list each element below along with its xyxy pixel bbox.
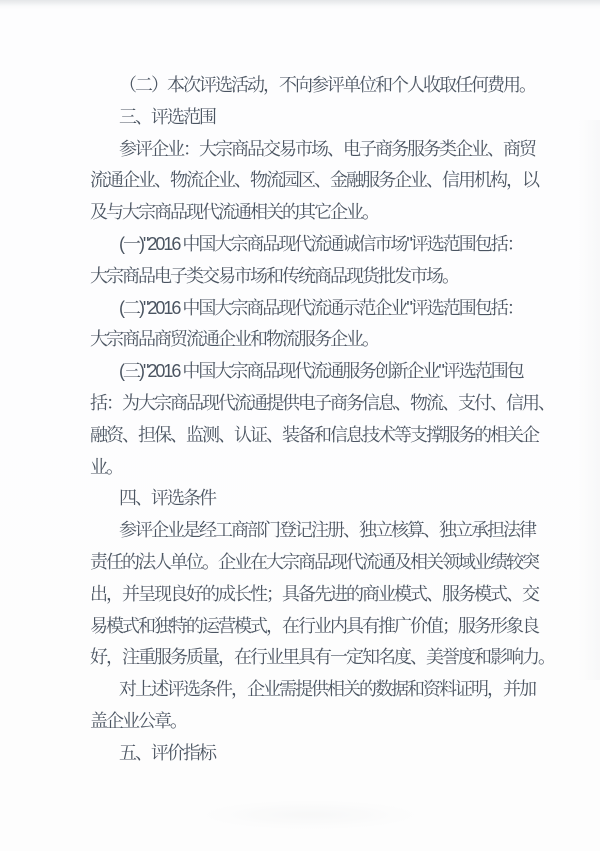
paragraph-line: (三)"2016 中国大宗商品现代流通服务创新企业"评选范围包 (90, 356, 560, 388)
section-heading-4: 四、评选条件 (90, 483, 560, 515)
paragraph-line: 好，注重服务质量，在行业里具有一定知名度、美誉度和影响力。 (90, 642, 560, 674)
paragraph-line: (一)"2016 中国大宗商品现代流通诚信市场"评选范围包括： (90, 229, 560, 261)
paragraph-line: 参评企业是经工商部门登记注册、独立核算、独立承担法律 (90, 515, 560, 547)
paragraph-line: 及与大宗商品现代流通相关的其它企业。 (90, 197, 560, 229)
scan-artifact-top-band (0, 0, 600, 6)
paragraph-line: 出，并呈现良好的成长性；具备先进的商业模式、服务模式、交 (90, 579, 560, 611)
paragraph-line: 大宗商品电子类交易市场和传统商品现货批发市场。 (90, 261, 560, 293)
section-heading-5: 五、评价指标 (90, 738, 560, 770)
paragraph-line: 对上述评选条件，企业需提供相关的数据和资料证明，并加 (90, 674, 560, 706)
scan-artifact-right-shade (578, 120, 600, 680)
paragraph-line: 易模式和独特的运营模式，在行业内具有推广价值；服务形象良 (90, 611, 560, 643)
paragraph-line: (二)"2016 中国大宗商品现代流通示范企业"评选范围包括： (90, 293, 560, 325)
paragraph-line: 融资、担保、监测、认证、装备和信息技术等支撑服务的相关企 (90, 420, 560, 452)
scanned-document-page: （二）本次评选活动，不向参评单位和个人收取任何费用。 三、评选范围 参评企业：大… (0, 0, 600, 851)
paragraph-line: 括：为大宗商品现代流通提供电子商务信息、物流、支付、信用、 (90, 388, 560, 420)
paragraph-line: 大宗商品商贸流通企业和物流服务企业。 (90, 324, 560, 356)
document-text-block: （二）本次评选活动，不向参评单位和个人收取任何费用。 三、评选范围 参评企业：大… (90, 70, 560, 770)
paragraph-line: 流通企业、物流企业、物流园区、金融服务企业、信用机构，以 (90, 165, 560, 197)
paragraph-line: 参评企业：大宗商品交易市场、电子商务服务类企业、商贸 (90, 134, 560, 166)
paragraph-line: 盖企业公章。 (90, 706, 560, 738)
scan-artifact-bottom-smudge (200, 800, 420, 830)
paragraph-line: （二）本次评选活动，不向参评单位和个人收取任何费用。 (90, 70, 560, 102)
paragraph-line: 责任的法人单位。企业在大宗商品现代流通及相关领域业绩较突 (90, 547, 560, 579)
paragraph-line: 业。 (90, 452, 560, 484)
section-heading-3: 三、评选范围 (90, 102, 560, 134)
